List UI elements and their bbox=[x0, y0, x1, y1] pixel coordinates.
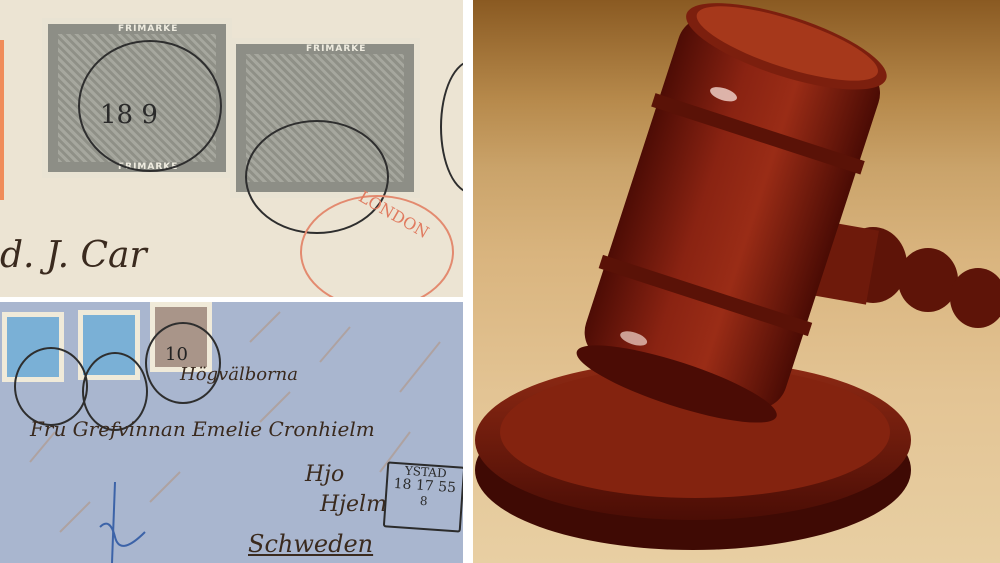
box-postmark-day: 17 bbox=[415, 478, 434, 495]
box-postmark-year-suffix: 55 bbox=[438, 479, 457, 496]
swedish-stamp-cover-photo: FRIMARKE FRIMARKE FRIMARKE 18 9 LONDON d… bbox=[0, 0, 463, 297]
stamp-top-label: FRIMARKE bbox=[118, 24, 178, 34]
stamp-top-label: FRIMARKE bbox=[306, 44, 366, 54]
handwritten-address: d. J. Car bbox=[0, 235, 147, 276]
address-line-recipient: Fru Grefvinnan Emelie Cronhielm bbox=[30, 417, 375, 441]
postmark-number: 10 bbox=[165, 344, 188, 365]
circular-postmark-edge bbox=[440, 60, 463, 194]
ystad-box-postmark: YSTAD 18 17 55 8 bbox=[383, 461, 463, 532]
circular-postmark bbox=[14, 347, 88, 426]
austrian-stamp-cover-photo: 10 Högvälborna Fru Grefvinnan Emelie Cro… bbox=[0, 302, 463, 563]
address-line-place: Hjelm bbox=[320, 492, 387, 517]
box-postmark-year-prefix: 18 bbox=[393, 476, 412, 493]
postmark-date: 18 9 bbox=[100, 100, 158, 130]
gavel-photo bbox=[473, 0, 1000, 563]
address-line-town: Hjo bbox=[305, 462, 344, 487]
gavel-illustration bbox=[473, 0, 1000, 563]
orange-stamp-edge bbox=[0, 40, 4, 200]
address-line-salutation: Högvälborna bbox=[180, 364, 298, 385]
address-line-country: Schweden bbox=[248, 530, 373, 558]
